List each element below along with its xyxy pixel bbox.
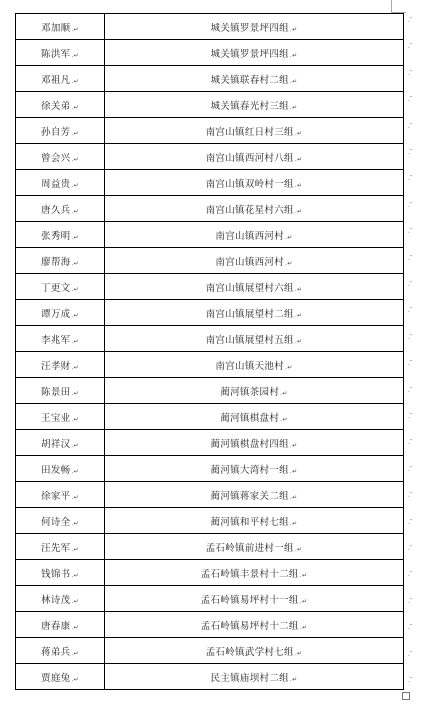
row-end-mark: .˺: [408, 202, 412, 209]
paragraph-mark: .↵: [280, 390, 288, 397]
paragraph-mark: .↵: [71, 260, 79, 267]
paragraph-mark: .↵: [290, 520, 298, 527]
address-text: 蔺河镇茶园村: [220, 387, 279, 398]
name-cell[interactable]: 李兆军.↵: [16, 326, 105, 352]
row-end-mark: .˺: [408, 70, 412, 77]
paragraph-mark: .↵: [295, 286, 303, 293]
person-name: 何诗全: [41, 517, 70, 528]
address-cell[interactable]: 南宫山镇天池村.↵: [105, 352, 404, 378]
paragraph-mark: .↵: [300, 572, 308, 579]
name-cell[interactable]: 邓祖凡.↵: [16, 66, 105, 92]
address-text: 南宫山镇展望村六组: [206, 283, 294, 294]
roster-table-body: 邓加顺.↵城关镇罗景坪四组.↵陈洪军.↵城关镇罗景坪四组.↵邓祖凡.↵城关镇联春…: [16, 14, 404, 690]
paragraph-mark: .↵: [300, 598, 308, 605]
paragraph-mark: .↵: [71, 312, 79, 319]
address-cell[interactable]: 蔺河镇和平村七组.↵: [105, 508, 404, 534]
table-row: 贾庭兔.↵民主镇庙坝村二组.↵: [16, 664, 404, 690]
address-cell[interactable]: 南宫山镇花星村六组.↵: [105, 196, 404, 222]
name-cell[interactable]: 陈洪军.↵: [16, 40, 105, 66]
table-row: 唐久兵.↵南宫山镇花星村六组.↵: [16, 196, 404, 222]
address-cell[interactable]: 孟石岭镇易坪村十二组.↵: [105, 612, 404, 638]
person-name: 曾会兴: [41, 153, 70, 164]
paragraph-mark: .↵: [300, 624, 308, 631]
person-name: 王宝业: [41, 413, 70, 424]
row-end-mark: .˺: [408, 255, 412, 262]
paragraph-mark: .↵: [71, 468, 79, 475]
table-row: 徐家平.↵蔺河镇蒋家关二组.↵: [16, 482, 404, 508]
name-cell[interactable]: 贾庭兔.↵: [16, 664, 105, 690]
person-name: 李兆军: [41, 335, 70, 346]
name-cell[interactable]: 丁更文.↵: [16, 274, 105, 300]
address-cell[interactable]: 孟石岭镇丰景村十二组.↵: [105, 560, 404, 586]
address-text: 孟石岭镇易坪村十二组: [201, 621, 299, 632]
paragraph-mark: .↵: [71, 234, 79, 241]
paragraph-mark: .↵: [71, 338, 79, 345]
paragraph-mark: .↵: [295, 208, 303, 215]
table-row: 孙自芳.↵南宫山镇红日村三组.↵: [16, 118, 404, 144]
name-cell[interactable]: 谭万成.↵: [16, 300, 105, 326]
table-row: 林诗茂.↵孟石岭镇易坪村十一组.↵: [16, 586, 404, 612]
person-name: 谭万成: [41, 309, 70, 320]
paragraph-mark: .↵: [71, 416, 79, 423]
address-cell[interactable]: 南宫山镇展望村五组.↵: [105, 326, 404, 352]
person-name: 邓加顺: [41, 23, 70, 34]
table-row: 汪孝财.↵南宫山镇天池村.↵: [16, 352, 404, 378]
person-name: 张秀明: [41, 231, 70, 242]
address-cell[interactable]: 民主镇庙坝村二组.↵: [105, 664, 404, 690]
roster-table: 邓加顺.↵城关镇罗景坪四组.↵陈洪军.↵城关镇罗景坪四组.↵邓祖凡.↵城关镇联春…: [15, 13, 404, 690]
name-cell[interactable]: 蒋弟兵.↵: [16, 638, 105, 664]
address-text: 南宫山镇红日村三组: [206, 127, 294, 138]
name-cell[interactable]: 林诗茂.↵: [16, 586, 105, 612]
row-end-mark: .˺: [408, 651, 412, 658]
table-row: 张秀明.↵南宫山镇西河村.↵: [16, 222, 404, 248]
paragraph-mark: .↵: [290, 676, 298, 683]
paragraph-mark: .↵: [71, 390, 79, 397]
address-text: 南宫山镇西河村: [215, 231, 284, 242]
table-row: 徐关弟.↵城关镇春光村三组.↵: [16, 92, 404, 118]
paragraph-mark: .↵: [71, 520, 79, 527]
row-end-mark: .˺: [408, 439, 412, 446]
person-name: 徐家平: [41, 491, 70, 502]
address-cell[interactable]: 城关镇罗景坪四组.↵: [105, 14, 404, 40]
address-cell[interactable]: 蔺河镇棋盘村四组.↵: [105, 430, 404, 456]
row-end-mark: .˺: [408, 149, 412, 156]
paragraph-mark: .↵: [295, 546, 303, 553]
address-text: 蔺河镇蒋家关二组: [211, 491, 289, 502]
paragraph-mark: .↵: [71, 676, 79, 683]
name-cell[interactable]: 廖帮海.↵: [16, 248, 105, 274]
paragraph-mark: .↵: [290, 78, 298, 85]
person-name: 胡祥汉: [41, 439, 70, 450]
person-name: 田发畅: [41, 465, 70, 476]
address-cell[interactable]: 南宫山镇西河村.↵: [105, 222, 404, 248]
person-name: 廖帮海: [41, 257, 70, 268]
name-cell[interactable]: 邓加顺.↵: [16, 14, 105, 40]
row-end-mark: .˺: [408, 123, 412, 130]
row-end-mark: .˺: [408, 571, 412, 578]
paragraph-mark: .↵: [295, 182, 303, 189]
name-cell[interactable]: 胡祥汉.↵: [16, 430, 105, 456]
row-end-mark: .˺: [408, 175, 412, 182]
person-name: 汪孝财: [41, 361, 70, 372]
paragraph-mark: .↵: [285, 260, 293, 267]
address-text: 城关镇罗景坪四组: [211, 23, 289, 34]
paragraph-mark: .↵: [290, 26, 298, 33]
row-end-mark: .˺: [408, 387, 412, 394]
paragraph-mark: .↵: [71, 598, 79, 605]
address-cell[interactable]: 孟石岭镇前进村一组.↵: [105, 534, 404, 560]
person-name: 贾庭兔: [41, 673, 70, 684]
name-cell[interactable]: 唐春康.↵: [16, 612, 105, 638]
address-text: 南宫山镇天池村: [215, 361, 284, 372]
table-row: 钱锦书.↵孟石岭镇丰景村十二组.↵: [16, 560, 404, 586]
name-cell[interactable]: 徐关弟.↵: [16, 92, 105, 118]
row-end-mark: .˺: [408, 334, 412, 341]
person-name: 钱锦书: [41, 569, 70, 580]
person-name: 林诗茂: [41, 595, 70, 606]
paragraph-mark: .↵: [71, 494, 79, 501]
paragraph-mark: .↵: [71, 156, 79, 163]
paragraph-mark: .↵: [71, 208, 79, 215]
address-text: 城关镇春光村三组: [211, 101, 289, 112]
address-cell[interactable]: 蔺河镇大湾村一组.↵: [105, 456, 404, 482]
name-cell[interactable]: 钱锦书.↵: [16, 560, 105, 586]
table-resize-handle[interactable]: [402, 692, 410, 700]
name-cell[interactable]: 汪孝财.↵: [16, 352, 105, 378]
table-row: 蒋弟兵.↵孟石岭镇武学村七组.↵: [16, 638, 404, 664]
address-text: 南宫山镇展望村五组: [206, 335, 294, 346]
address-text: 蔺河镇和平村七组: [211, 517, 289, 528]
address-cell[interactable]: 孟石岭镇易坪村十一组.↵: [105, 586, 404, 612]
name-cell[interactable]: 汪先军.↵: [16, 534, 105, 560]
person-name: 孙自芳: [41, 127, 70, 138]
row-end-mark: .˺: [408, 17, 412, 24]
person-name: 唐春康: [41, 621, 70, 632]
address-text: 南宫山镇展望村二组: [206, 309, 294, 320]
paragraph-mark: .↵: [295, 650, 303, 657]
address-cell[interactable]: 城关镇春光村三组.↵: [105, 92, 404, 118]
paragraph-mark: .↵: [71, 442, 79, 449]
table-row: 曾会兴.↵南宫山镇西河村八组.↵: [16, 144, 404, 170]
table-row: 谭万成.↵南宫山镇展望村二组.↵: [16, 300, 404, 326]
paragraph-mark: .↵: [71, 546, 79, 553]
address-cell[interactable]: 南宫山镇西河村八组.↵: [105, 144, 404, 170]
address-text: 南宫山镇双岭村一组: [206, 179, 294, 190]
row-end-mark: .˺: [408, 519, 412, 526]
paragraph-mark: .↵: [71, 130, 79, 137]
paragraph-mark: .↵: [295, 130, 303, 137]
paragraph-mark: .↵: [71, 572, 79, 579]
address-cell[interactable]: 城关镇罗景坪四组.↵: [105, 40, 404, 66]
name-cell[interactable]: 田发畅.↵: [16, 456, 105, 482]
paragraph-mark: .↵: [71, 52, 79, 59]
address-text: 南宫山镇西河村: [215, 257, 284, 268]
person-name: 唐久兵: [41, 205, 70, 216]
row-end-mark: .˺: [408, 492, 412, 499]
address-text: 孟石岭镇前进村一组: [206, 543, 294, 554]
address-cell[interactable]: 孟石岭镇武学村七组.↵: [105, 638, 404, 664]
name-cell[interactable]: 周益贵.↵: [16, 170, 105, 196]
paragraph-mark: .↵: [290, 104, 298, 111]
paragraph-mark: .↵: [290, 468, 298, 475]
row-end-mark: .˺: [408, 307, 412, 314]
person-name: 丁更文: [41, 283, 70, 294]
name-cell[interactable]: 徐家平.↵: [16, 482, 105, 508]
paragraph-mark: .↵: [295, 338, 303, 345]
person-name: 徐关弟: [41, 101, 70, 112]
address-text: 城关镇罗景坪四组: [211, 49, 289, 60]
address-cell[interactable]: 蔺河镇棋盘村.↵: [105, 404, 404, 430]
address-cell[interactable]: 蔺河镇蒋家关二组.↵: [105, 482, 404, 508]
table-row: 胡祥汉.↵蔺河镇棋盘村四组.↵: [16, 430, 404, 456]
row-end-mark: .˺: [408, 466, 412, 473]
paragraph-mark: .↵: [290, 52, 298, 59]
address-text: 孟石岭镇丰景村十二组: [201, 569, 299, 580]
row-end-mark: .˺: [408, 413, 412, 420]
paragraph-mark: .↵: [71, 104, 79, 111]
row-end-mark: .˺: [408, 677, 412, 684]
address-text: 蔺河镇棋盘村四组: [211, 439, 289, 450]
person-name: 陈洪军: [41, 49, 70, 60]
row-end-mark: .˺: [408, 281, 412, 288]
table-row: 李兆军.↵南宫山镇展望村五组.↵: [16, 326, 404, 352]
person-name: 陈景田: [41, 387, 70, 398]
paragraph-mark: .↵: [71, 364, 79, 371]
paragraph-mark: .↵: [280, 416, 288, 423]
address-text: 民主镇庙坝村二组: [211, 673, 289, 684]
row-end-mark: .˺: [408, 43, 412, 50]
row-end-mark: .˺: [408, 228, 412, 235]
address-text: 孟石岭镇武学村七组: [206, 647, 294, 658]
address-text: 城关镇联春村二组: [211, 75, 289, 86]
table-row: 田发畅.↵蔺河镇大湾村一组.↵: [16, 456, 404, 482]
table-row: 廖帮海.↵南宫山镇西河村.↵: [16, 248, 404, 274]
name-cell[interactable]: 张秀明.↵: [16, 222, 105, 248]
person-name: 邓祖凡: [41, 75, 70, 86]
paragraph-mark: .↵: [71, 26, 79, 33]
paragraph-mark: .↵: [290, 442, 298, 449]
table-row: 王宝业.↵蔺河镇棋盘村.↵: [16, 404, 404, 430]
paragraph-mark: .↵: [71, 182, 79, 189]
address-cell[interactable]: 蔺河镇茶园村.↵: [105, 378, 404, 404]
table-row: 陈洪军.↵城关镇罗景坪四组.↵: [16, 40, 404, 66]
row-end-mark: .˺: [408, 598, 412, 605]
address-text: 南宫山镇西河村八组: [206, 153, 294, 164]
person-name: 汪先军: [41, 543, 70, 554]
row-end-mark: .˺: [408, 360, 412, 367]
table-row: 邓加顺.↵城关镇罗景坪四组.↵: [16, 14, 404, 40]
table-row: 何诗全.↵蔺河镇和平村七组.↵: [16, 508, 404, 534]
address-cell[interactable]: 南宫山镇红日村三组.↵: [105, 118, 404, 144]
paragraph-mark: .↵: [71, 286, 79, 293]
paragraph-mark: .↵: [71, 624, 79, 631]
person-name: 周益贵: [41, 179, 70, 190]
name-cell[interactable]: 唐久兵.↵: [16, 196, 105, 222]
table-row: 陈景田.↵蔺河镇茶园村.↵: [16, 378, 404, 404]
address-text: 蔺河镇棋盘村: [220, 413, 279, 424]
name-cell[interactable]: 王宝业.↵: [16, 404, 105, 430]
person-name: 蒋弟兵: [41, 647, 70, 658]
row-end-mark: .˺: [408, 96, 412, 103]
paragraph-mark: .↵: [71, 650, 79, 657]
address-cell[interactable]: 南宫山镇西河村.↵: [105, 248, 404, 274]
document-page: 邓加顺.↵城关镇罗景坪四组.↵陈洪军.↵城关镇罗景坪四组.↵邓祖凡.↵城关镇联春…: [0, 0, 421, 706]
paragraph-mark: .↵: [290, 494, 298, 501]
table-row: 丁更文.↵南宫山镇展望村六组.↵: [16, 274, 404, 300]
address-text: 孟石岭镇易坪村十一组: [201, 595, 299, 606]
paragraph-mark: .↵: [295, 312, 303, 319]
name-cell[interactable]: 陈景田.↵: [16, 378, 105, 404]
table-row: 邓祖凡.↵城关镇联春村二组.↵: [16, 66, 404, 92]
name-cell[interactable]: 何诗全.↵: [16, 508, 105, 534]
address-cell[interactable]: 城关镇联春村二组.↵: [105, 66, 404, 92]
row-end-mark: .˺: [408, 624, 412, 631]
table-row: 周益贵.↵南宫山镇双岭村一组.↵: [16, 170, 404, 196]
paragraph-mark: .↵: [285, 364, 293, 371]
page-corner-mark: [391, 0, 406, 13]
table-row: 唐春康.↵孟石岭镇易坪村十二组.↵: [16, 612, 404, 638]
paragraph-mark: .↵: [285, 234, 293, 241]
name-cell[interactable]: 曾会兴.↵: [16, 144, 105, 170]
paragraph-mark: .↵: [295, 156, 303, 163]
address-text: 南宫山镇花星村六组: [206, 205, 294, 216]
address-text: 蔺河镇大湾村一组: [211, 465, 289, 476]
address-cell[interactable]: 南宫山镇展望村六组.↵: [105, 274, 404, 300]
name-cell[interactable]: 孙自芳.↵: [16, 118, 105, 144]
table-row: 汪先军.↵孟石岭镇前进村一组.↵: [16, 534, 404, 560]
address-cell[interactable]: 南宫山镇展望村二组.↵: [105, 300, 404, 326]
address-cell[interactable]: 南宫山镇双岭村一组.↵: [105, 170, 404, 196]
paragraph-mark: .↵: [71, 78, 79, 85]
row-end-mark: .˺: [408, 545, 412, 552]
